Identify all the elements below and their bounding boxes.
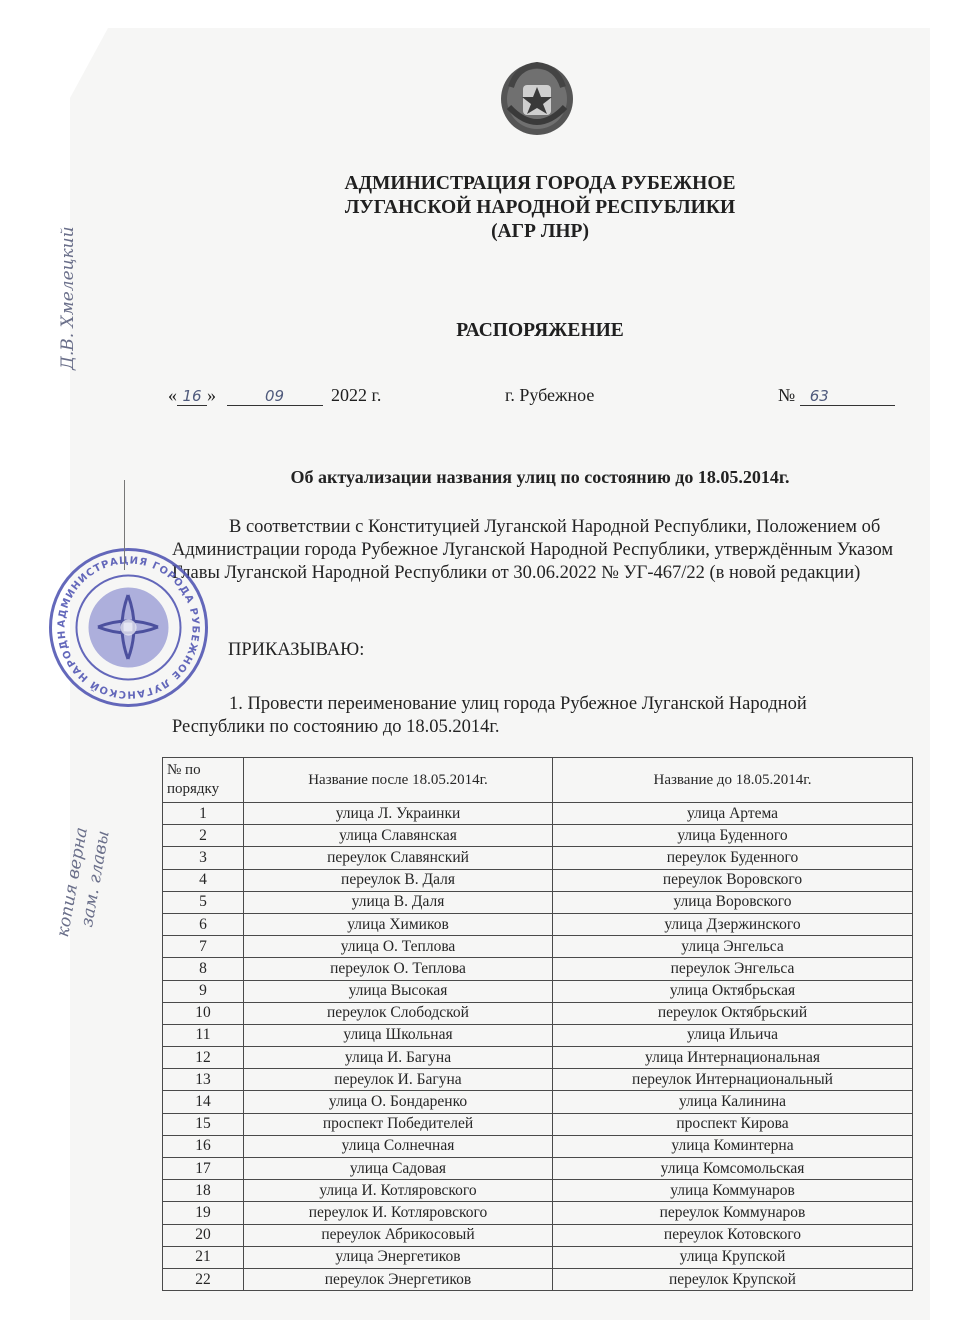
date-day: 16	[177, 386, 207, 406]
date-month: 09	[227, 386, 323, 406]
row-number: 2	[163, 825, 244, 847]
row-number: 22	[163, 1268, 244, 1290]
name-before: переулок Интернациональный	[553, 1069, 913, 1091]
row-number: 11	[163, 1024, 244, 1046]
order-item-text: Провести переименование улиц города Рубе…	[172, 694, 807, 737]
table-row: 8переулок О. Тепловапереулок Энгельса	[163, 958, 913, 980]
row-number: 18	[163, 1180, 244, 1202]
name-after: переулок Слободской	[244, 1002, 553, 1024]
name-before: улица Коминтерна	[553, 1135, 913, 1157]
table-row: 2улица Славянскаяулица Буденного	[163, 825, 913, 847]
name-after: переулок И. Багуна	[244, 1069, 553, 1091]
name-before: переулок Энгельса	[553, 958, 913, 980]
table-row: 21улица Энергетиковулица Крупской	[163, 1246, 913, 1268]
table-header-row: № по порядку Название после 18.05.2014г.…	[163, 758, 913, 803]
name-before: улица Воровского	[553, 891, 913, 913]
row-number: 5	[163, 891, 244, 913]
table-row: 1улица Л. Украинкиулица Артема	[163, 803, 913, 825]
street-rename-table: № по порядку Название после 18.05.2014г.…	[162, 757, 913, 1291]
name-before: улица Буденного	[553, 825, 913, 847]
name-after: улица О. Бондаренко	[244, 1091, 553, 1113]
table-row: 7улица О. Тепловаулица Энгельса	[163, 936, 913, 958]
issuer-line-1: АДМИНИСТРАЦИЯ ГОРОДА РУБЕЖНОЕ	[300, 172, 780, 196]
name-after: проспект Победителей	[244, 1113, 553, 1135]
name-before: переулок Буденного	[553, 847, 913, 869]
row-number: 10	[163, 1002, 244, 1024]
column-header-name-after: Название после 18.05.2014г.	[244, 758, 553, 803]
name-after: улица И. Котляровского	[244, 1180, 553, 1202]
preamble: В соответствии с Конституцией Луганской …	[172, 516, 902, 585]
document-number: 63	[800, 386, 895, 406]
table-row: 4переулок В. Даляпереулок Воровского	[163, 869, 913, 891]
name-after: переулок Энергетиков	[244, 1268, 553, 1290]
document-subject: Об актуализации названия улиц по состоян…	[180, 467, 900, 488]
name-after: улица Школьная	[244, 1024, 553, 1046]
table-row: 16улица Солнечнаяулица Коминтерна	[163, 1135, 913, 1157]
name-before: переулок Крупской	[553, 1268, 913, 1290]
row-number: 13	[163, 1069, 244, 1091]
order-word: ПРИКАЗЫВАЮ:	[228, 640, 364, 661]
date-field: «16» 09 2022 г.	[168, 385, 381, 406]
name-after: улица Высокая	[244, 980, 553, 1002]
star-emblem-icon	[497, 57, 577, 137]
table-row: 9улица Высокаяулица Октябрьская	[163, 980, 913, 1002]
table-row: 3переулок Славянскийпереулок Буденного	[163, 847, 913, 869]
name-before: переулок Коммунаров	[553, 1202, 913, 1224]
row-number: 19	[163, 1202, 244, 1224]
margin-line	[124, 480, 125, 570]
row-number: 14	[163, 1091, 244, 1113]
row-number: 4	[163, 869, 244, 891]
row-number: 8	[163, 958, 244, 980]
name-before: улица Комсомольская	[553, 1158, 913, 1180]
column-header-name-before: Название до 18.05.2014г.	[553, 758, 913, 803]
name-before: переулок Октябрьский	[553, 1002, 913, 1024]
issuer-abbreviation: (АГР ЛНР)	[300, 220, 780, 244]
name-after: переулок И. Котляровского	[244, 1202, 553, 1224]
row-number: 17	[163, 1158, 244, 1180]
issuer-header: АДМИНИСТРАЦИЯ ГОРОДА РУБЕЖНОЕ ЛУГАНСКОЙ …	[300, 172, 780, 244]
issue-city: г. Рубежное	[505, 385, 594, 406]
row-number: 20	[163, 1224, 244, 1246]
name-before: улица Октябрьская	[553, 980, 913, 1002]
order-item-number: 1.	[229, 694, 243, 714]
name-before: улица Калинина	[553, 1091, 913, 1113]
table-row: 20переулок Абрикосовыйпереулок Котовског…	[163, 1224, 913, 1246]
name-before: улица Дзержинского	[553, 913, 913, 935]
date-year: 2022 г.	[331, 385, 381, 405]
row-number: 1	[163, 803, 244, 825]
name-after: улица Химиков	[244, 913, 553, 935]
name-after: улица Л. Украинки	[244, 803, 553, 825]
name-after: улица Славянская	[244, 825, 553, 847]
row-number: 9	[163, 980, 244, 1002]
table-row: 18улица И. Котляровскогоулица Коммунаров	[163, 1180, 913, 1202]
table-row: 14улица О. Бондаренкоулица Калинина	[163, 1091, 913, 1113]
row-number: 15	[163, 1113, 244, 1135]
table-row: 17улица Садоваяулица Комсомольская	[163, 1158, 913, 1180]
name-before: переулок Котовского	[553, 1224, 913, 1246]
name-before: улица Ильича	[553, 1024, 913, 1046]
issuer-line-2: ЛУГАНСКОЙ НАРОДНОЙ РЕСПУБЛИКИ	[300, 196, 780, 220]
document-number-field: № 63	[778, 385, 895, 406]
row-number: 21	[163, 1246, 244, 1268]
row-number: 6	[163, 913, 244, 935]
row-number: 7	[163, 936, 244, 958]
column-header-number: № по порядку	[163, 758, 244, 803]
table-row: 13переулок И. Багунапереулок Интернацион…	[163, 1069, 913, 1091]
name-after: улица Солнечная	[244, 1135, 553, 1157]
name-before: улица Артема	[553, 803, 913, 825]
name-after: переулок О. Теплова	[244, 958, 553, 980]
row-number: 3	[163, 847, 244, 869]
row-number: 12	[163, 1047, 244, 1069]
name-after: переулок В. Даля	[244, 869, 553, 891]
table-row: 11улица Школьнаяулица Ильича	[163, 1024, 913, 1046]
table-row: 19переулок И. Котляровскогопереулок Комм…	[163, 1202, 913, 1224]
row-number: 16	[163, 1135, 244, 1157]
name-after: улица Энергетиков	[244, 1246, 553, 1268]
name-after: улица Садовая	[244, 1158, 553, 1180]
name-after: улица И. Багуна	[244, 1047, 553, 1069]
document-type: РАСПОРЯЖЕНИЕ	[380, 320, 700, 342]
table-row: 22переулок Энергетиковпереулок Крупской	[163, 1268, 913, 1290]
table-row: 15проспект Победителейпроспект Кирова	[163, 1113, 913, 1135]
handwritten-signature-name: Д.В. Хмелецкий	[58, 226, 78, 370]
table-row: 6улица Химиковулица Дзержинского	[163, 913, 913, 935]
name-before: переулок Воровского	[553, 869, 913, 891]
name-after: улица В. Даля	[244, 891, 553, 913]
name-before: улица Энгельса	[553, 936, 913, 958]
order-item-1: 1. Провести переименование улиц города Р…	[172, 693, 902, 739]
name-before: улица Крупской	[553, 1246, 913, 1268]
name-after: улица О. Теплова	[244, 936, 553, 958]
official-stamp: АДМИНИСТРАЦИЯ ГОРОДА РУБЕЖНОЕ ЛУГАНСКОЙ …	[46, 545, 211, 710]
preamble-text: В соответствии с Конституцией Луганской …	[172, 516, 902, 585]
name-before: проспект Кирова	[553, 1113, 913, 1135]
name-before: улица Коммунаров	[553, 1180, 913, 1202]
name-before: улица Интернациональная	[553, 1047, 913, 1069]
name-after: переулок Абрикосовый	[244, 1224, 553, 1246]
table-row: 5улица В. Даляулица Воровского	[163, 891, 913, 913]
name-after: переулок Славянский	[244, 847, 553, 869]
table-row: 10переулок Слободскойпереулок Октябрьски…	[163, 1002, 913, 1024]
table-row: 12улица И. Багунаулица Интернациональная	[163, 1047, 913, 1069]
